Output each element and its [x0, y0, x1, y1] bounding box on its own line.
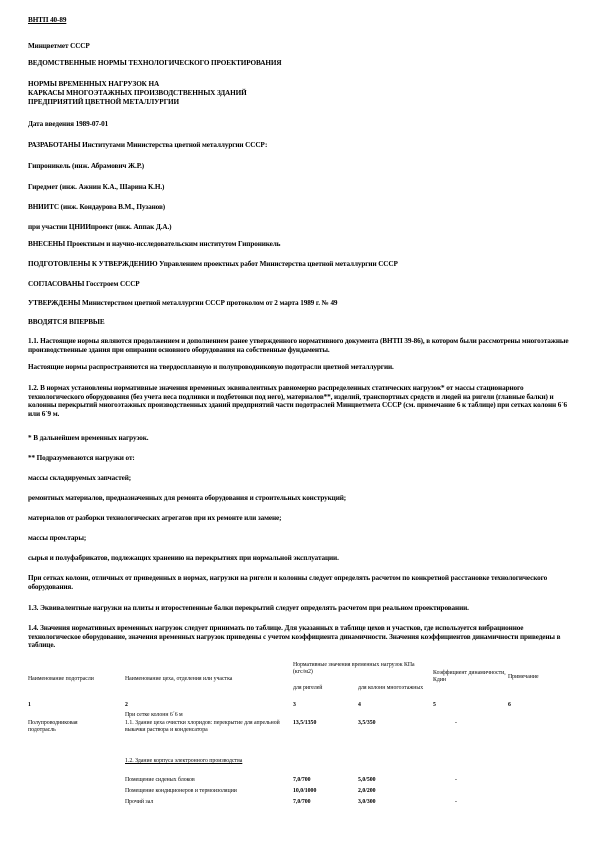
load-item-1: массы складируемых запчастей;: [28, 474, 131, 483]
row-4-workshop: Помещение кондиционеров и термоизоляции: [125, 788, 290, 795]
prepared-by: ПОДГОТОВЛЕНЫ К УТВЕРЖДЕНИЮ Управлением п…: [28, 260, 398, 269]
load-item-2: ремонтных материалов, предназначенных дл…: [28, 494, 346, 503]
row-1-girders: 13,5/1350: [293, 720, 316, 727]
row-3-columns: 5,0/500: [358, 777, 376, 784]
first-introduced: ВВОДЯТСЯ ВПЕРВЫЕ: [28, 318, 105, 327]
header-normative-loads: Нормативные значения временных нагрузок …: [293, 662, 423, 676]
grid-label: При сетке колонн 6´6 м: [125, 712, 285, 719]
load-item-3: материалов от разборки технологических а…: [28, 514, 281, 523]
header-subsector: Наименование подотрасли: [28, 676, 123, 683]
header-columns: для колонн многоэтажных: [358, 685, 433, 692]
developer-1: Гипроникель (инж. Абрамович Ж.Р.): [28, 162, 144, 171]
row-4-girders: 10,0/1000: [293, 788, 316, 795]
title-line-1: НОРМЫ ВРЕМЕННЫХ НАГРУЗОК НА: [28, 80, 159, 89]
title-line-2: КАРКАСЫ МНОГОЭТАЖНЫХ ПРОИЗВОДСТВЕННЫХ ЗД…: [28, 89, 247, 98]
developer-2: Гиредмет (инж. Ажнин К.А., Шарина К.Н.): [28, 183, 164, 192]
col-num-6: 6: [508, 702, 511, 709]
developed-by: РАЗРАБОТАНЫ Институтами Министерства цве…: [28, 141, 267, 150]
ministry: Минцветмет СССР: [28, 42, 90, 51]
series-title: ВЕДОМСТВЕННЫЕ НОРМЫ ТЕХНОЛОГИЧЕСКОГО ПРО…: [28, 59, 281, 68]
footnote-2: ** Подразумеваются нагрузки от:: [28, 454, 135, 463]
developer-4: при участии ЦНИИпроект (инж. Аппак Д.А.): [28, 223, 171, 232]
row-2-workshop: 1.2. Здание корпуса электронного произво…: [125, 758, 275, 765]
row-1-coef: -: [455, 720, 457, 727]
header-girders: для ригелей: [293, 685, 353, 692]
agreed-by: СОГЛАСОВАНЫ Госстроем СССР: [28, 280, 140, 289]
row-5-workshop: Прочий зал: [125, 799, 290, 806]
clause-1-1: 1.1. Настоящие нормы являются продолжени…: [28, 337, 576, 354]
footnote-1: * В дальнейшем временных нагрузок.: [28, 434, 148, 443]
col-num-5: 5: [433, 702, 436, 709]
approved-by: УТВЕРЖДЕНЫ Министерством цветной металлу…: [28, 299, 337, 308]
row-1-subsector: Полупроводниковая подотрасль: [28, 720, 103, 734]
row-3-coef: -: [455, 777, 457, 784]
row-1-columns: 3,5/350: [358, 720, 376, 727]
title-line-3: ПРЕДПРИЯТИЙ ЦВЕТНОЙ МЕТАЛЛУРГИИ: [28, 98, 179, 107]
effective-date: Дата введения 1989-07-01: [28, 120, 108, 129]
col-num-1: 1: [28, 702, 31, 709]
clause-1-2: 1.2. В нормах установлены нормативные зн…: [28, 384, 576, 418]
row-1-workshop: 1.1. Здание цеха очистки хлоридов: перек…: [125, 720, 285, 734]
row-4-columns: 2,0/200: [358, 788, 376, 795]
header-note: Примечание: [508, 674, 576, 681]
load-item-4: массы пром.тары;: [28, 534, 86, 543]
clause-1-3: 1.3. Эквивалентные нагрузки на плиты и в…: [28, 604, 469, 613]
clause-1-1-scope: Настоящие нормы распространяются на твер…: [28, 363, 394, 372]
row-3-girders: 7,0/700: [293, 777, 311, 784]
row-5-girders: 7,0/700: [293, 799, 311, 806]
load-item-5: сырья и полуфабрикатов, подлежащих хране…: [28, 554, 339, 563]
developer-3: ВНИИТС (инж. Кондаурова В.М., Пузанов): [28, 203, 165, 212]
header-dynamic-coef: Коэффициент динамичности, Кдин: [433, 670, 508, 684]
doc-code: ВНТП 40-89: [28, 16, 66, 25]
row-3-workshop: Помещение сиденых блоков: [125, 777, 290, 784]
introduced-by: ВНЕСЕНЫ Проектным и научно-исследователь…: [28, 240, 280, 249]
col-num-4: 4: [358, 702, 361, 709]
col-num-2: 2: [125, 702, 128, 709]
clause-1-4: 1.4. Значения нормативных временных нагр…: [28, 624, 576, 650]
col-num-3: 3: [293, 702, 296, 709]
row-5-columns: 3,0/300: [358, 799, 376, 806]
header-workshop: Наименование цеха, отделения или участка: [125, 676, 285, 683]
row-5-coef: -: [455, 799, 457, 806]
grid-note: При сетках колонн, отличных от приведенн…: [28, 574, 576, 591]
